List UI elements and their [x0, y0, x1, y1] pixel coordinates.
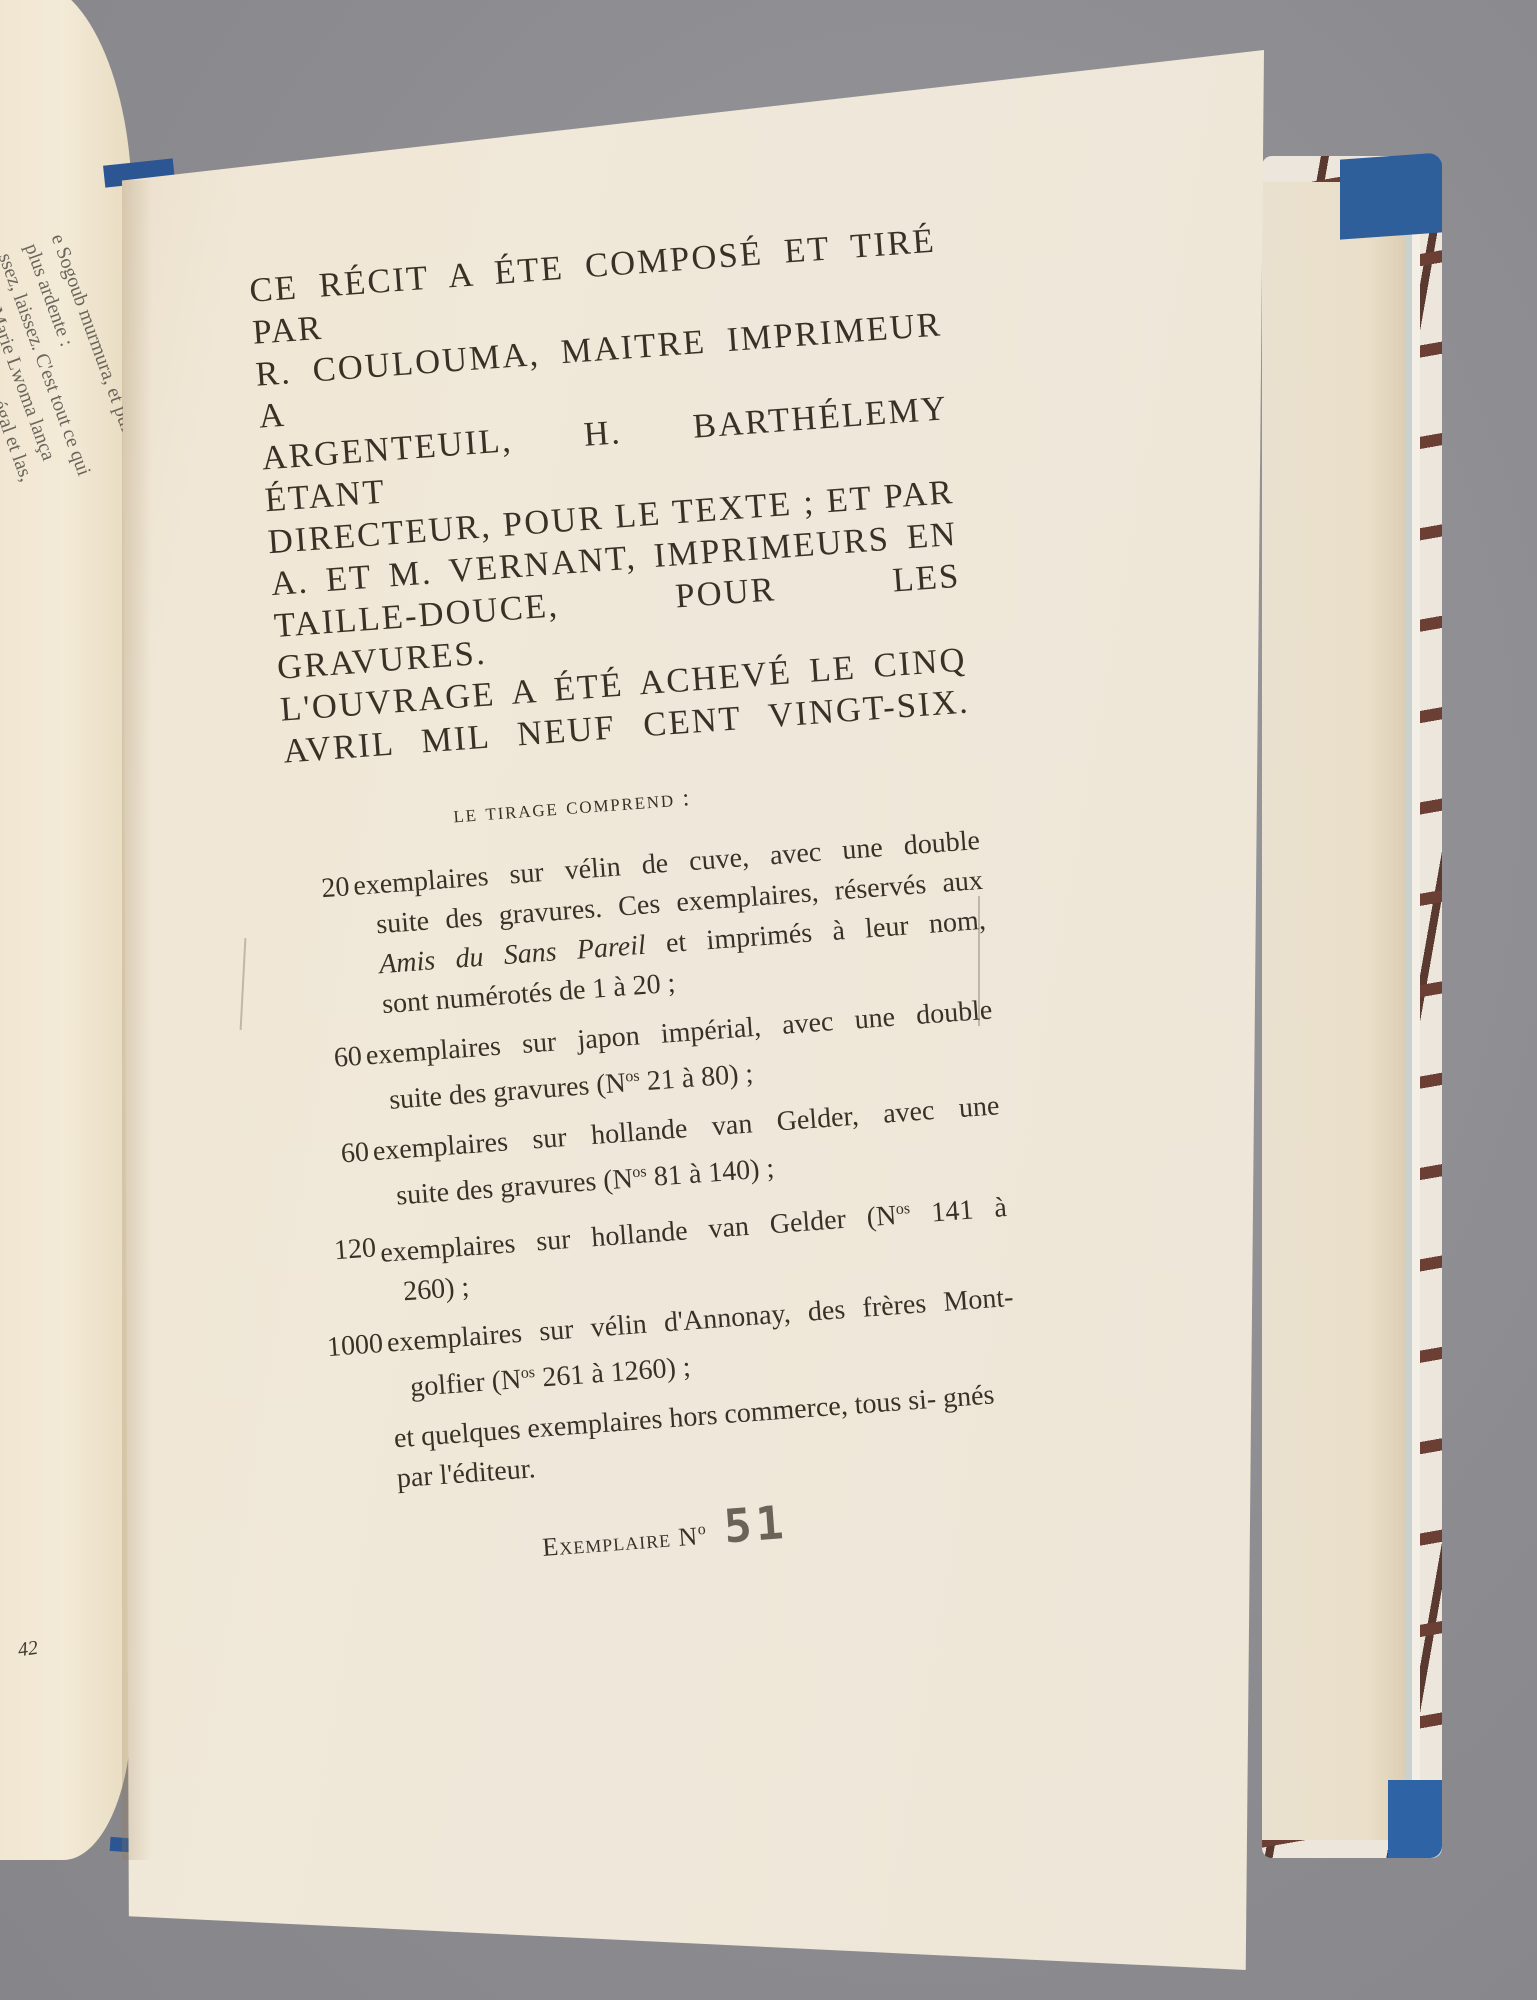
edition-list: 20 exemplaires sur vélin de cuve, avec u… [292, 821, 1025, 1504]
text: 81 à 140) ; [646, 1153, 775, 1193]
stamped-copy-number: 51 [722, 1495, 789, 1553]
text: golfier (N [409, 1364, 522, 1403]
number-abbrev: N [677, 1521, 699, 1551]
cover-corner-blue-bottom [1388, 1780, 1442, 1858]
book-block-edge [1262, 182, 1420, 1840]
cover-corner-blue-top [1340, 152, 1442, 239]
page-number-pencil: 42 [16, 1637, 39, 1663]
edition-count: 20 [320, 867, 351, 909]
edition-count: 1000 [326, 1324, 385, 1368]
gutter-shadow [122, 180, 152, 1860]
edition-count: 60 [340, 1133, 371, 1175]
edition-count: 120 [333, 1228, 378, 1271]
text: suite des gravures (N [388, 1068, 627, 1116]
text: 141 à [909, 1192, 1008, 1230]
text: 261 à 1260) ; [534, 1352, 691, 1394]
text: 21 à 80) ; [639, 1058, 754, 1097]
copy-label: Exemplaire [541, 1523, 672, 1561]
colophon-block: CE RÉCIT A ÉTE COMPOSÉ ET TIRÉ PAR R. CO… [248, 220, 1030, 1582]
text: suite des gravures (N [395, 1163, 634, 1211]
superscript: o [697, 1521, 707, 1539]
edition-count: 60 [333, 1037, 364, 1079]
colophon-text: CE RÉCIT A ÉTE COMPOSÉ ET TIRÉ PAR R. CO… [248, 220, 971, 773]
